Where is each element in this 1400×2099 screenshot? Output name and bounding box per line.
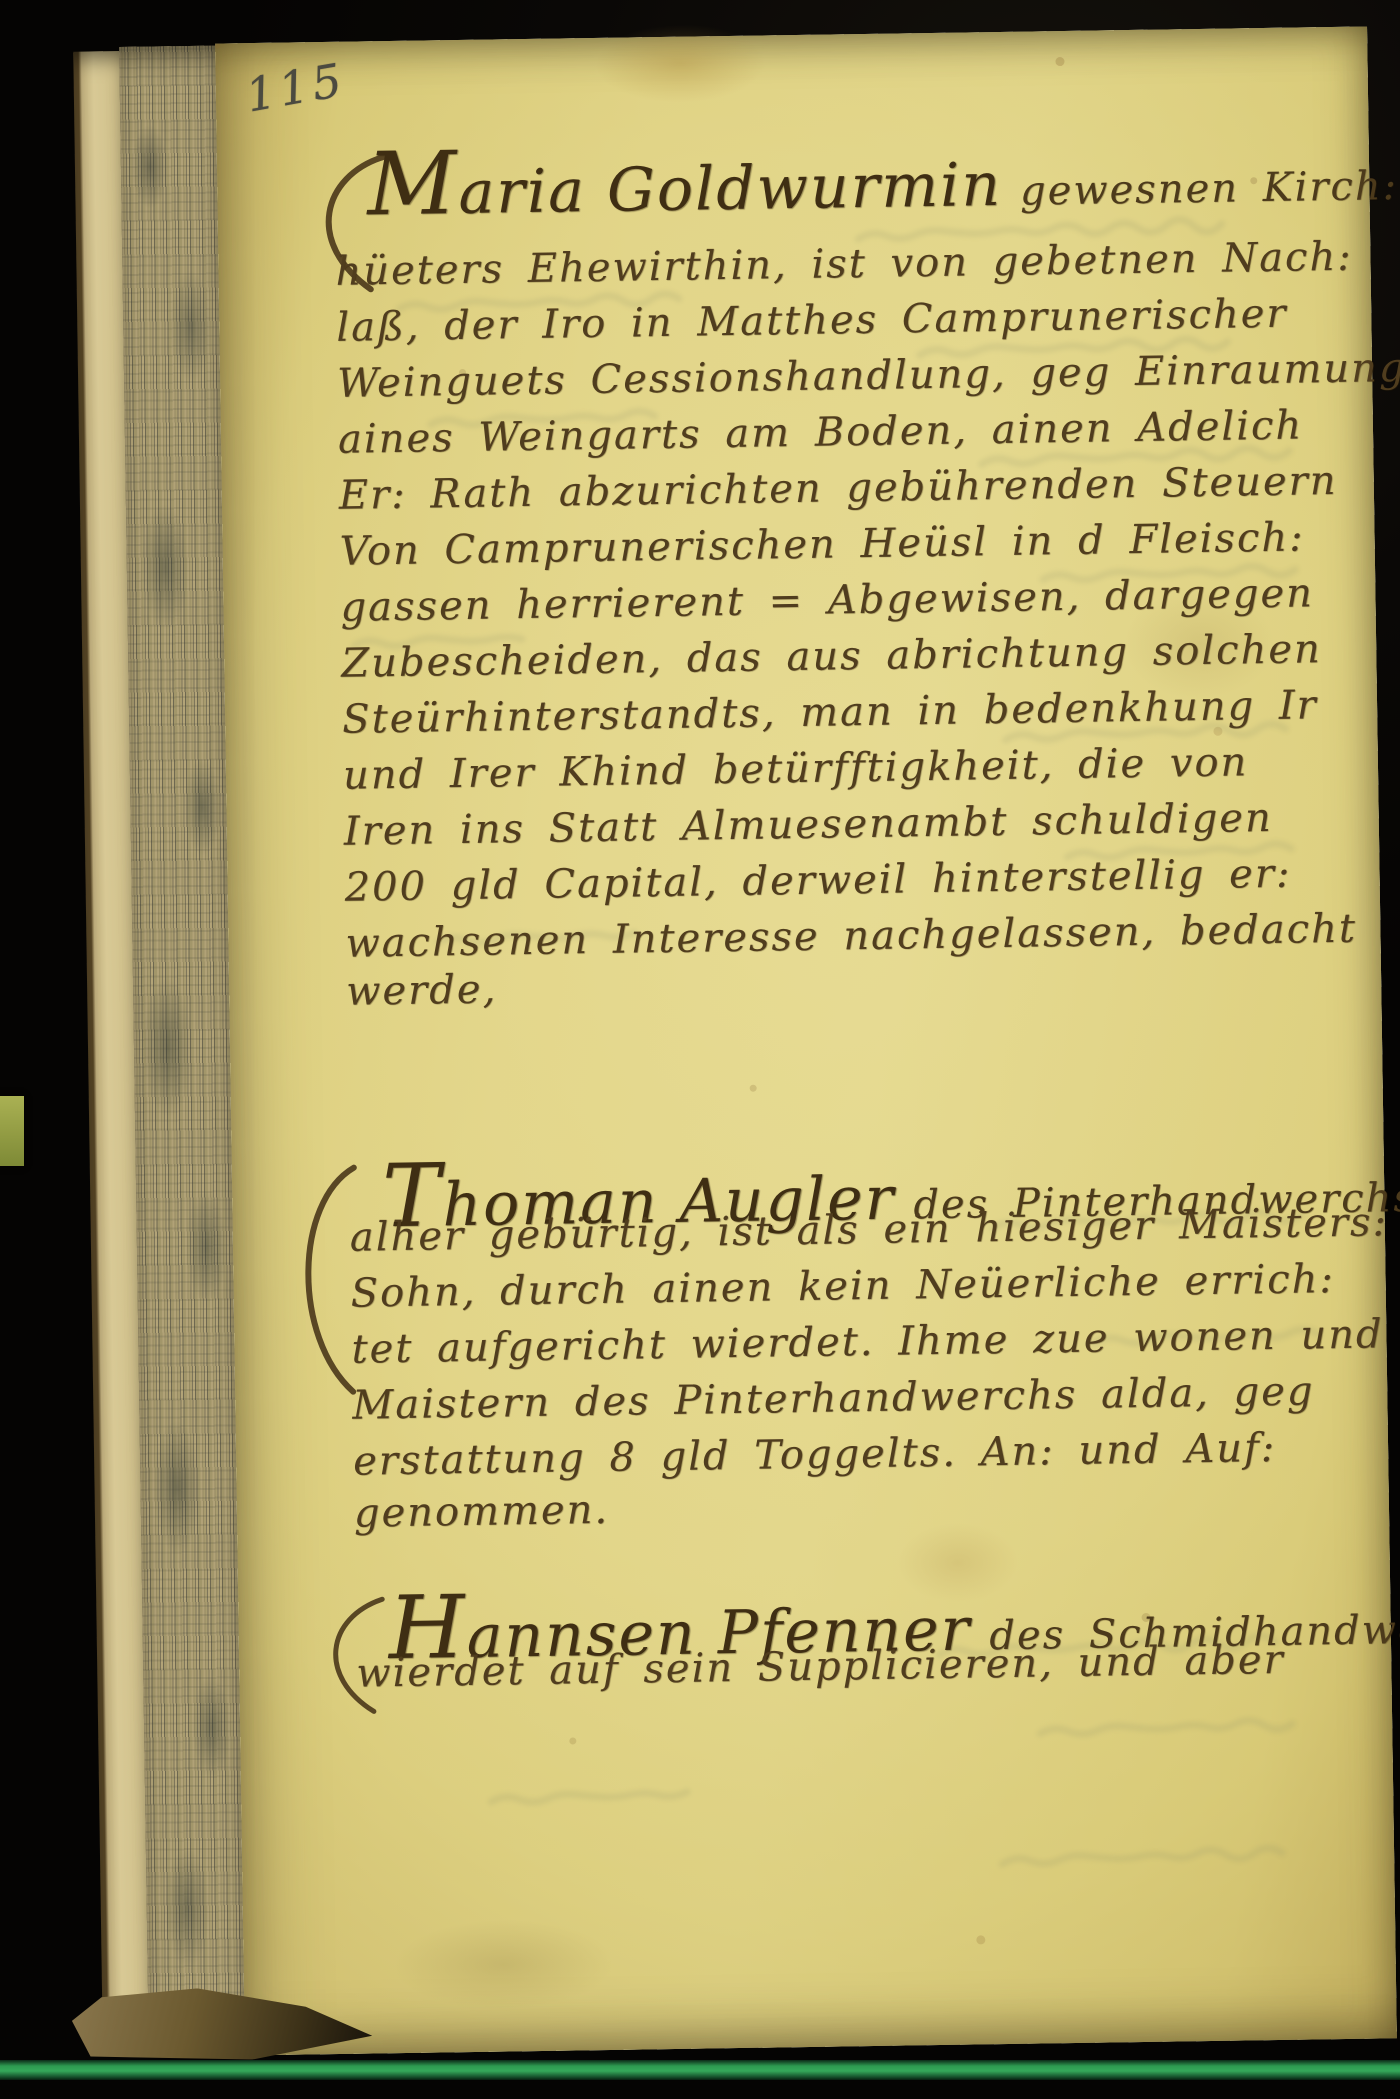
manuscript-line: werde, [346,970,498,1012]
bookmark-ribbon [0,1096,24,1166]
green-table-stripe [0,2060,1400,2080]
book-block: 115 Maria Goldwurmingewesnen Kirch: hüet… [73,27,1395,2058]
manuscript-photo: 115 Maria Goldwurmingewesnen Kirch: hüet… [0,0,1400,2099]
entry-heading-suffix: gewesnen Kirch: [1002,163,1399,215]
entry-heading-line: Maria Goldwurmingewesnen Kirch: [367,126,1399,228]
manuscript-line: genommen. [354,1490,610,1534]
manuscript-page: 115 Maria Goldwurmingewesnen Kirch: hüet… [215,26,1397,2055]
entry-heading: Maria Goldwurmin [367,132,1003,228]
